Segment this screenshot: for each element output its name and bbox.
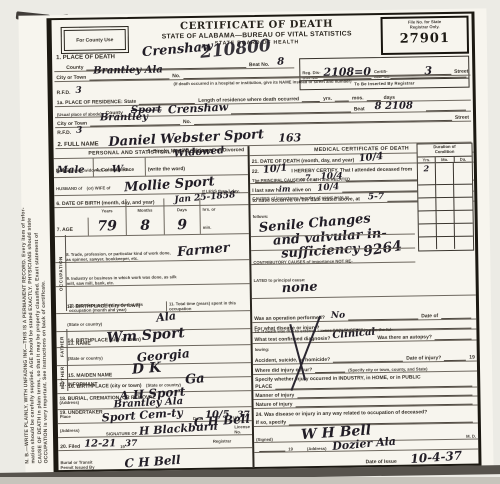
duration-col-da: Da.: [454, 156, 471, 161]
mos-label: mos.: [352, 95, 364, 101]
blank-line: [259, 446, 285, 452]
res-city-label: City or Town: [57, 121, 87, 127]
principal-line: follows:: [253, 214, 269, 219]
residence-label: 1a. PLACE OF RESIDENCE: State: [57, 99, 137, 106]
signed-label: (Signed): [256, 437, 273, 442]
race-value: W: [112, 164, 123, 175]
blank-line: [435, 334, 472, 341]
date-of-death-value: 10/4: [358, 151, 384, 164]
age-months-cell: Months 8: [126, 198, 165, 235]
months-label: Months: [137, 208, 152, 213]
address-year-prefix: 19: [288, 446, 293, 451]
blank-line: [335, 96, 349, 102]
duration-years-value: 2: [423, 163, 429, 173]
birthplace-note: (State or country): [67, 321, 102, 327]
res-city-value: Brantley: [100, 112, 148, 124]
beat-no-value: 8: [277, 57, 284, 68]
scanner-edge: [0, 477, 500, 484]
mother-side-label: MOTHER: [57, 363, 68, 391]
certificate-sheet: N. B.—WRITE PLAINLY, WITH UNFADING INK—T…: [18, 8, 493, 475]
undertaker-label: 19. UNDERTAKER: [60, 409, 103, 416]
total-time-label: 11. Total time (years) spent in this occ…: [167, 300, 250, 311]
blank-line: [426, 105, 466, 112]
yrs-label: yrs.: [323, 96, 332, 102]
father-birthplace-note: (State or country): [68, 355, 103, 361]
age-months-value: 8: [140, 218, 150, 234]
duration-col-mo: Mo.: [436, 156, 454, 161]
file-number-box: File No. for State Registrar Only. 27901: [380, 16, 469, 55]
md-label: M. D.: [466, 434, 476, 439]
res-beat-value: 8 2108: [375, 101, 413, 113]
industry-label: 9. Industry or business in which work wa…: [67, 274, 182, 286]
registrar-label: Registrar: [213, 438, 231, 443]
file-box-label2: Registrar Only.: [383, 24, 467, 30]
father-side-label: FATHER: [56, 329, 68, 363]
scanned-death-certificate: N. B.—WRITE PLAINLY, WITH UNFADING INK—T…: [0, 0, 500, 484]
registrar-signature: C H Bell: [193, 412, 250, 430]
no-label: No.: [172, 73, 180, 79]
filed-label: 20. Filed: [60, 444, 80, 450]
mother-name-value: D K: [131, 360, 161, 378]
ifso-label: If so, specify: [256, 420, 286, 426]
beat-no-label: Beat No.: [249, 62, 269, 68]
permit-label: Burial or TransitPermit Issued By: [60, 460, 94, 471]
duration-header: Duration ofCondition: [417, 144, 471, 157]
county-label: County: [66, 65, 83, 71]
street-label: Street: [454, 69, 468, 75]
res-rfd-value: 3: [76, 126, 82, 136]
violence-label-1: 23. If death was due to external causes …: [254, 327, 392, 334]
medical-certificate-column: MEDICAL CERTIFICATE OF DEATH 21. DATE OF…: [249, 143, 478, 467]
date-of-issue-label: Date of Issue: [366, 459, 397, 465]
age-field: 7. AGE Years 79 Months 8 Days 9: [54, 205, 248, 236]
blank-line: [441, 313, 471, 319]
filed-date-value: 12-21: [84, 438, 116, 450]
age-years-value: 79: [97, 218, 117, 234]
injury-date-label: Date of injury?: [406, 355, 441, 362]
personal-particulars-column: PERSONAL AND STATISTICAL PARTICULARS 3. …: [54, 146, 255, 470]
undertaker-address-label: (Address): [60, 428, 80, 433]
duration-col-yrs: Yrs.: [418, 157, 436, 162]
sex-value: Male: [57, 165, 85, 176]
birthplace-value: Ala: [155, 309, 176, 324]
rfd-value: 3: [75, 86, 81, 96]
duration-grid: 2: [418, 162, 473, 249]
principal-line: The PRINCIPAL CAUSE OF DEATH and RELATED: [252, 177, 350, 184]
blank-line: [444, 355, 466, 361]
trade-label: 8. Trade, profession, or particular kind…: [66, 250, 176, 262]
injury-year-prefix: 19: [469, 355, 475, 361]
manner-label: Manner of injury: [255, 392, 294, 399]
min-label: min.: [203, 225, 212, 230]
age-days-value: 9: [177, 217, 187, 233]
city-value: Brantley Ala: [93, 64, 163, 76]
husband-of-label: HUSBAND of: [56, 186, 82, 191]
certificate-form: For County Use CERTIFICATE OF DEATH STAT…: [46, 12, 481, 473]
industry-field: 9. Industry or business in which work wa…: [55, 260, 249, 287]
blank-line: [315, 367, 345, 373]
marital-field: 5. Single, Married, Widowed, or Divorced…: [145, 138, 248, 176]
blank-line: [302, 96, 320, 102]
age-years-cell: Years 79: [88, 199, 127, 236]
blank-line: [333, 356, 403, 363]
accident-label: Accident, suicide, or homicide?: [255, 357, 330, 364]
years-label: Years: [101, 208, 112, 213]
birthplace-label: 12. BIRTHPLACE (city or town): [67, 303, 140, 310]
marital-value: Widowed: [173, 145, 224, 159]
registrar-code-value: 163: [278, 131, 301, 144]
principal-line: CAUSES of importance in order of onset w…: [252, 195, 349, 202]
place-word-label: PLACE: [255, 384, 272, 390]
county-use-label: For County Use: [76, 37, 113, 44]
age-label-cell: 7. AGE: [55, 218, 89, 237]
violence-label-2: lowing:: [255, 347, 270, 352]
res-beat-label: Beat: [354, 106, 365, 112]
residence-block: City or Town Brantley Ala No. Street (If…: [54, 66, 471, 150]
days-label: Days: [177, 207, 187, 212]
file-number: 27901: [383, 31, 467, 47]
res-county-value: Crenshaw: [167, 100, 228, 116]
trade-value: Farmer: [177, 241, 231, 260]
occupation-side-label: OCCUPATION: [55, 235, 67, 311]
abode-note: (Usual place of abode): [57, 111, 102, 117]
certificate-columns: PERSONAL AND STATISTICAL PARTICULARS 3. …: [54, 143, 479, 471]
date-of-issue-field: Date of Issue 10-4-37: [254, 450, 478, 468]
hrs-label: hrs. or: [202, 207, 215, 212]
full-name-label: 2. FULL NAME: [57, 141, 98, 148]
date-of-label: Date of: [421, 313, 438, 319]
contributory-value: none: [281, 279, 318, 296]
res-no-label: No.: [183, 119, 191, 125]
wife-of-label: (or) WIFE of: [87, 185, 111, 190]
address-label: (Address): [307, 446, 327, 451]
mother-birthplace-value: Ga: [185, 371, 206, 388]
trade-field: 8. Trade, profession, or particular kind…: [55, 234, 249, 263]
nature-label: Nature of injury: [256, 401, 293, 408]
duration-of-condition-table: Duration ofCondition Yrs. Mo. Da. 2: [416, 143, 474, 252]
permit-field: Burial or TransitPermit Issued By C H Be…: [58, 448, 252, 470]
blank-line: Brantley Ala: [89, 73, 169, 80]
date-of-issue-value: 10-4-37: [410, 448, 463, 465]
filed-year-value: 37: [125, 439, 138, 449]
permit-signature: C H Bell: [124, 453, 181, 471]
res-street-label: Street: [455, 115, 469, 121]
signature-of-label: SIGNATURE OF: [106, 431, 137, 436]
city-label: City or Town: [56, 75, 86, 81]
